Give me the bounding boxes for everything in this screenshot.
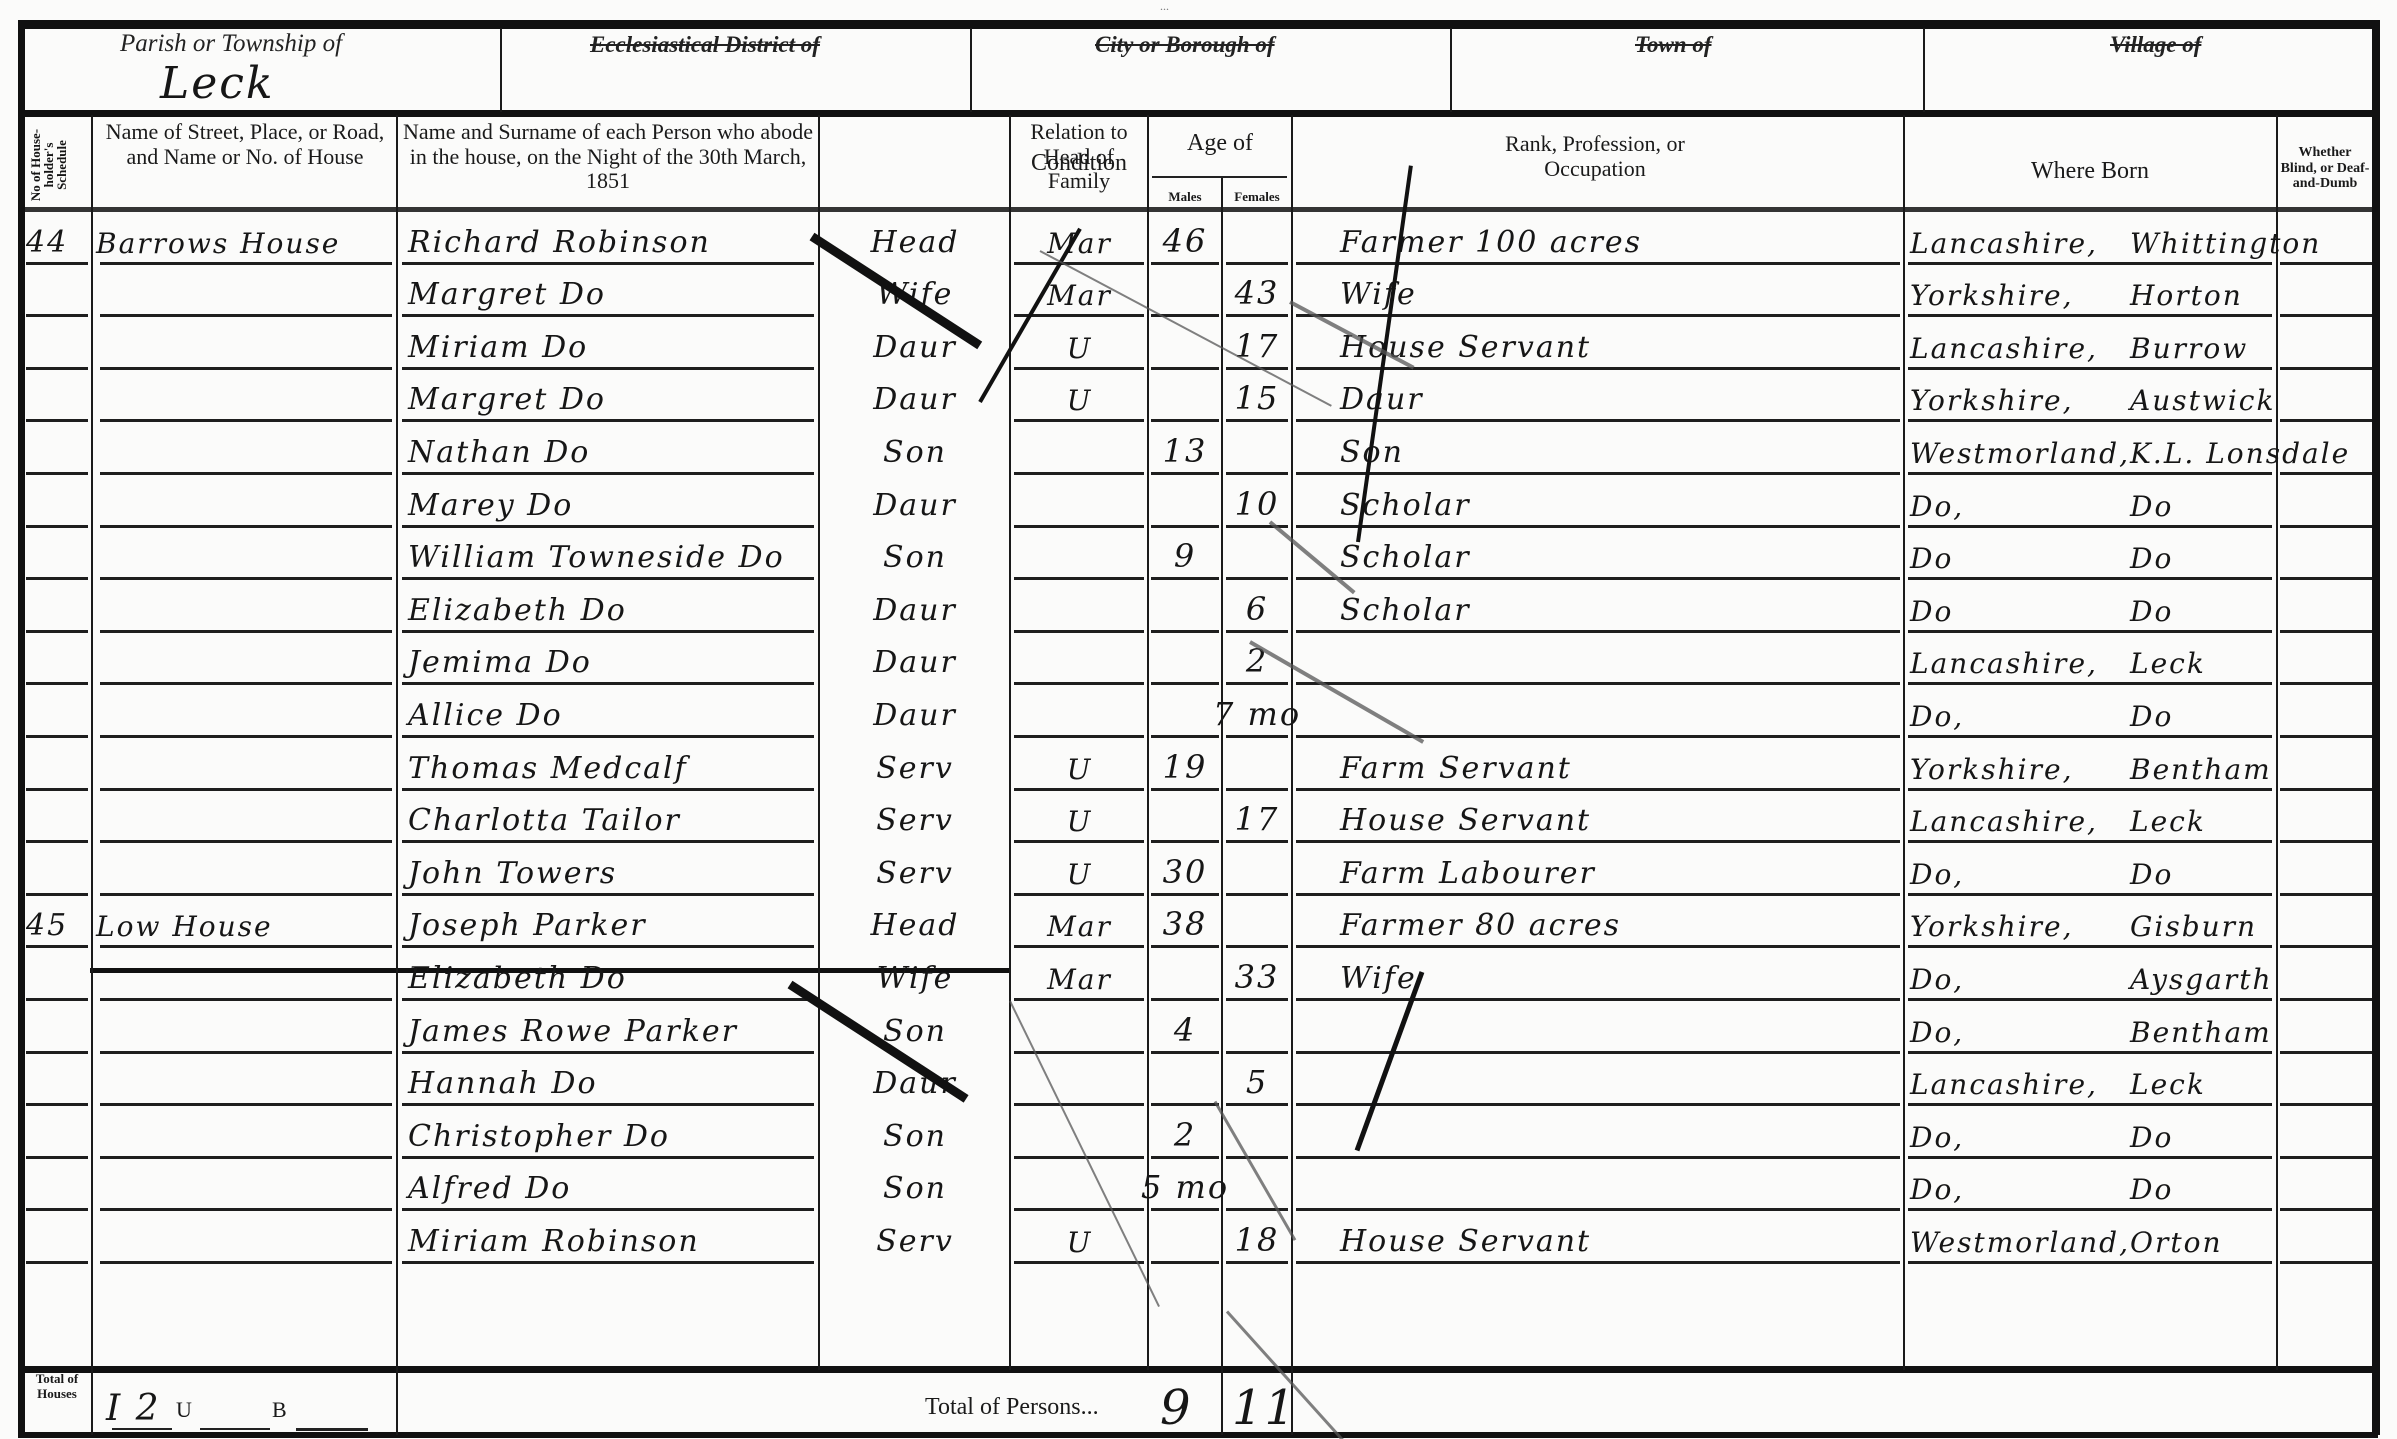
cell-occupation: House Servant (1300, 792, 1900, 845)
cell-male-age: 9 (1150, 529, 1220, 582)
cell-female-age (1224, 739, 1290, 792)
col-header-street: Name of Street, Place, or Road, and Name… (96, 120, 394, 169)
cell-relation: Son (822, 1107, 1008, 1160)
cell-born-place: Do (2130, 1160, 2370, 1213)
cell-born-place: Do (2130, 581, 2370, 634)
cell-occupation: Farm Servant (1300, 739, 1900, 792)
table-row: Thomas MedcalfServU19Farm ServantYorkshi… (0, 739, 2397, 792)
cell-born-county: Westmorland, (1910, 1212, 2130, 1265)
table-row: Charlotta TailorServU17House ServantLanc… (0, 792, 2397, 845)
cell-relation: Wife (822, 266, 1008, 319)
total-houses-label: Total of Houses (24, 1372, 90, 1401)
cell-schedule (26, 1212, 90, 1265)
cell-occupation: Farmer 80 acres (1300, 897, 1900, 950)
cell-name: Hannah Do (400, 1055, 816, 1108)
table-row: John TowersServU30Farm LabourerDo,Do (0, 844, 2397, 897)
building-label: B (272, 1398, 287, 1423)
cell-male-age (1150, 949, 1220, 1002)
cell-condition: U (1012, 371, 1147, 424)
cell-male-age: 5 mo (1150, 1160, 1220, 1213)
cell-female-age: 6 (1224, 581, 1290, 634)
age-subdivider (1152, 176, 1287, 178)
page-top-mark: ... (1160, 0, 1169, 13)
cell-relation: Head (822, 897, 1008, 950)
village-label: Village of (2110, 32, 2201, 58)
cell-born-county: Lancashire, (1910, 318, 2130, 371)
cell-name: Richard Robinson (400, 213, 816, 266)
loc-divider (500, 28, 502, 112)
cell-street (96, 423, 394, 476)
table-row: Margret DoWifeMar43WifeYorkshire,Horton (0, 266, 2397, 319)
cell-name: Allice Do (400, 686, 816, 739)
cell-female-age: 33 (1224, 949, 1290, 1002)
cell-street (96, 634, 394, 687)
cell-born-county: Yorkshire, (1910, 371, 2130, 424)
header-divider (18, 110, 2378, 117)
cell-born-place: Do (2130, 529, 2370, 582)
cell-relation: Son (822, 529, 1008, 582)
cell-schedule (26, 792, 90, 845)
cell-street: Barrows House (96, 213, 394, 266)
cell-born-place: Do (2130, 844, 2370, 897)
cell-born-county: Yorkshire, (1910, 897, 2130, 950)
cell-female-age: 43 (1224, 266, 1290, 319)
table-row: William Towneside DoSon9ScholarDoDo (0, 529, 2397, 582)
cell-condition: U (1012, 792, 1147, 845)
cell-street (96, 1002, 394, 1055)
census-page: ... Parish or Township of Leck Ecclesias… (0, 0, 2397, 1439)
cell-name: Nathan Do (400, 423, 816, 476)
cell-born-place: Leck (2130, 1055, 2370, 1108)
cell-female-age: 5 (1224, 1055, 1290, 1108)
cell-male-age: 38 (1150, 897, 1220, 950)
col-header-age-of: Age of (1150, 130, 1290, 157)
cell-schedule (26, 371, 90, 424)
cell-born-county: Do, (1910, 476, 2130, 529)
parish-label: Parish or Township of (120, 30, 342, 58)
cell-born-place: Bentham (2130, 739, 2370, 792)
cell-schedule (26, 739, 90, 792)
cell-born-county: Do, (1910, 949, 2130, 1002)
cell-born-county: Do, (1910, 1160, 2130, 1213)
col-header-females: Females (1223, 190, 1291, 205)
cell-occupation: Daur (1300, 371, 1900, 424)
col-header-schedule: No of House-holder's Schedule (29, 121, 83, 209)
cell-male-age (1150, 1055, 1220, 1108)
cell-born-place: Do (2130, 476, 2370, 529)
cell-occupation: Wife (1300, 949, 1900, 1002)
total-houses-value: I 2 (106, 1388, 161, 1429)
cell-schedule (26, 423, 90, 476)
cell-name: Christopher Do (400, 1107, 816, 1160)
cell-name: Margret Do (400, 371, 816, 424)
table-row: Alfred DoSon5 moDo,Do (0, 1160, 2397, 1213)
cell-street (96, 266, 394, 319)
cell-relation: Serv (822, 844, 1008, 897)
cell-occupation (1300, 1160, 1900, 1213)
cell-male-age: 30 (1150, 844, 1220, 897)
cell-occupation: Son (1300, 423, 1900, 476)
cell-schedule (26, 844, 90, 897)
cell-street (96, 1107, 394, 1160)
cell-female-age (1224, 529, 1290, 582)
totals-top-border (18, 1366, 2378, 1373)
cell-street (96, 792, 394, 845)
cell-male-age (1150, 266, 1220, 319)
cell-born-county: Lancashire, (1910, 1055, 2130, 1108)
cell-occupation (1300, 1107, 1900, 1160)
table-row: Allice DoDaur7 moDo,Do (0, 686, 2397, 739)
cell-born-place: Horton (2130, 266, 2370, 319)
cell-female-age (1224, 423, 1290, 476)
cell-name: Elizabeth Do (400, 949, 816, 1002)
cell-condition (1012, 423, 1147, 476)
cell-occupation: Scholar (1300, 476, 1900, 529)
column-header-bottom (18, 207, 2378, 212)
col-header-where-born: Where Born (1905, 158, 2275, 185)
cell-schedule (26, 581, 90, 634)
cell-born-county: Westmorland, (1910, 423, 2130, 476)
loc-divider (1923, 28, 1925, 112)
col-header-name: Name and Surname of each Person who abod… (400, 120, 816, 194)
cell-female-age: 18 (1224, 1212, 1290, 1265)
table-row: Margret DoDaurU15DaurYorkshire,Austwick (0, 371, 2397, 424)
cell-born-place: Burrow (2130, 318, 2370, 371)
cell-street (96, 476, 394, 529)
cell-born-county: Yorkshire, (1910, 739, 2130, 792)
cell-relation: Daur (822, 634, 1008, 687)
cell-occupation: Farm Labourer (1300, 844, 1900, 897)
cell-born-place: Bentham (2130, 1002, 2370, 1055)
cell-schedule (26, 529, 90, 582)
cell-relation: Serv (822, 739, 1008, 792)
cell-condition (1012, 476, 1147, 529)
cell-born-place: Leck (2130, 634, 2370, 687)
cell-born-place: Austwick (2130, 371, 2370, 424)
table-row: Jemima DoDaur2Lancashire,Leck (0, 634, 2397, 687)
cell-born-county: Do, (1910, 1002, 2130, 1055)
cell-street (96, 581, 394, 634)
cell-name: Miriam Do (400, 318, 816, 371)
cell-condition (1012, 1107, 1147, 1160)
cell-condition: Mar (1012, 897, 1147, 950)
cell-male-age (1150, 581, 1220, 634)
col-header-males: Males (1150, 190, 1220, 205)
cell-male-age: 13 (1150, 423, 1220, 476)
cell-male-age: 46 (1150, 213, 1220, 266)
cell-male-age (1150, 1212, 1220, 1265)
cell-street (96, 844, 394, 897)
cell-schedule: 45 (26, 897, 90, 950)
cell-born-place: Orton (2130, 1212, 2370, 1265)
cell-name: William Towneside Do (400, 529, 816, 582)
table-row: Miriam RobinsonServU18House ServantWestm… (0, 1212, 2397, 1265)
cell-occupation: Farmer 100 acres (1300, 213, 1900, 266)
cell-name: Alfred Do (400, 1160, 816, 1213)
cell-born-place: Aysgarth (2130, 949, 2370, 1002)
cell-born-county: Yorkshire, (1910, 266, 2130, 319)
cell-schedule (26, 1107, 90, 1160)
cell-male-age: 4 (1150, 1002, 1220, 1055)
cell-schedule (26, 318, 90, 371)
loc-divider (1450, 28, 1452, 112)
cell-female-age (1224, 1160, 1290, 1213)
cell-born-county: Do, (1910, 686, 2130, 739)
cell-occupation (1300, 634, 1900, 687)
cell-occupation (1300, 1002, 1900, 1055)
cell-occupation: Scholar (1300, 529, 1900, 582)
cell-male-age (1150, 634, 1220, 687)
parish-value: Leck (160, 58, 275, 109)
table-row: 45Low HouseJoseph ParkerHeadMar38Farmer … (0, 897, 2397, 950)
cell-street: Low House (96, 897, 394, 950)
cell-female-age (1224, 844, 1290, 897)
cell-female-age (1224, 897, 1290, 950)
city-borough-label: City or Borough of (1095, 32, 1275, 58)
cell-female-age: 17 (1224, 792, 1290, 845)
cell-condition: Mar (1012, 213, 1147, 266)
cell-female-age (1224, 213, 1290, 266)
cell-street (96, 1055, 394, 1108)
cell-relation: Daur (822, 686, 1008, 739)
table-row: Christopher DoSon2Do,Do (0, 1107, 2397, 1160)
cell-relation: Son (822, 423, 1008, 476)
cell-street (96, 686, 394, 739)
cell-schedule (26, 949, 90, 1002)
cell-male-age: 19 (1150, 739, 1220, 792)
cell-name: James Rowe Parker (400, 1002, 816, 1055)
cell-schedule (26, 686, 90, 739)
cell-relation: Serv (822, 792, 1008, 845)
table-row: Marey DoDaur10ScholarDo,Do (0, 476, 2397, 529)
cell-condition (1012, 1160, 1147, 1213)
cell-occupation (1300, 686, 1900, 739)
cell-born-place: Do (2130, 686, 2370, 739)
cell-relation: Daur (822, 476, 1008, 529)
cell-name: John Towers (400, 844, 816, 897)
table-row: Hannah DoDaur5Lancashire,Leck (0, 1055, 2397, 1108)
cell-condition (1012, 581, 1147, 634)
cell-female-age: 10 (1224, 476, 1290, 529)
cell-male-age (1150, 792, 1220, 845)
cell-name: Joseph Parker (400, 897, 816, 950)
cell-condition (1012, 529, 1147, 582)
table-row: Miriam DoDaurU17House ServantLancashire,… (0, 318, 2397, 371)
cell-born-place: Whittington (2130, 213, 2370, 266)
cell-name: Jemima Do (400, 634, 816, 687)
col-header-occupation: Rank, Profession, or Occupation (1470, 132, 1720, 181)
total-females: 11 (1232, 1380, 1297, 1436)
cell-male-age (1150, 476, 1220, 529)
cell-occupation: Scholar (1300, 581, 1900, 634)
col-header-condition-visible: Condition (1012, 150, 1146, 177)
cell-relation: Wife (822, 949, 1008, 1002)
cell-name: Marey Do (400, 476, 816, 529)
table-row: James Rowe ParkerSon4Do,Bentham (0, 1002, 2397, 1055)
top-border (18, 20, 2378, 29)
cell-condition: U (1012, 739, 1147, 792)
cell-born-place: K.L. Lonsdale (2130, 423, 2370, 476)
table-row: Elizabeth DoDaur6ScholarDoDo (0, 581, 2397, 634)
col-header-blind-deaf: Whether Blind, or Deaf-and-Dumb (2279, 145, 2371, 192)
cell-condition (1012, 686, 1147, 739)
total-persons-label: Total of Persons... (925, 1394, 1099, 1421)
cell-born-county: Lancashire, (1910, 634, 2130, 687)
cell-occupation: House Servant (1300, 1212, 1900, 1265)
cell-born-place: Leck (2130, 792, 2370, 845)
cell-condition: U (1012, 844, 1147, 897)
cell-schedule (26, 266, 90, 319)
cell-schedule (26, 1160, 90, 1213)
cell-born-county: Do (1910, 581, 2130, 634)
cell-condition: Mar (1012, 949, 1147, 1002)
cell-male-age (1150, 686, 1220, 739)
cell-born-county: Lancashire, (1910, 213, 2130, 266)
cell-schedule (26, 634, 90, 687)
total-males: 9 (1160, 1380, 1193, 1436)
cell-street (96, 371, 394, 424)
cell-condition (1012, 634, 1147, 687)
cell-name: Margret Do (400, 266, 816, 319)
cell-street (96, 1160, 394, 1213)
cell-female-age: 17 (1224, 318, 1290, 371)
cell-name: Elizabeth Do (400, 581, 816, 634)
town-label: Town of (1635, 32, 1711, 58)
ecclesiastical-district-label: Ecclesiastical District of (590, 32, 820, 58)
bottom-border (18, 1432, 2378, 1438)
cell-street (96, 529, 394, 582)
cell-condition (1012, 1055, 1147, 1108)
cell-born-place: Gisburn (2130, 897, 2370, 950)
cell-street (96, 318, 394, 371)
cell-street (96, 739, 394, 792)
cell-street (96, 949, 394, 1002)
cell-born-county: Lancashire, (1910, 792, 2130, 845)
uninhabited-label: U (176, 1398, 192, 1423)
cell-female-age (1224, 1002, 1290, 1055)
cell-born-county: Do (1910, 529, 2130, 582)
table-row: 44Barrows HouseRichard RobinsonHeadMar46… (0, 213, 2397, 266)
table-row: Nathan DoSon13SonWestmorland,K.L. Lonsda… (0, 423, 2397, 476)
cell-name: Charlotta Tailor (400, 792, 816, 845)
cell-street (96, 1212, 394, 1265)
cell-relation: Daur (822, 581, 1008, 634)
cell-born-place: Do (2130, 1107, 2370, 1160)
cell-male-age (1150, 371, 1220, 424)
cell-male-age: 2 (1150, 1107, 1220, 1160)
cell-schedule (26, 476, 90, 529)
cell-female-age: 7 mo (1224, 686, 1290, 739)
cell-name: Miriam Robinson (400, 1212, 816, 1265)
cell-condition: U (1012, 318, 1147, 371)
cell-schedule (26, 1055, 90, 1108)
cell-schedule: 44 (26, 213, 90, 266)
cell-relation: Son (822, 1160, 1008, 1213)
cell-born-county: Do, (1910, 1107, 2130, 1160)
cell-name: Thomas Medcalf (400, 739, 816, 792)
cell-relation: Serv (822, 1212, 1008, 1265)
loc-divider (970, 28, 972, 112)
cell-born-county: Do, (1910, 844, 2130, 897)
cell-schedule (26, 1002, 90, 1055)
table-row: Elizabeth DoWifeMar33WifeDo,Aysgarth (0, 949, 2397, 1002)
